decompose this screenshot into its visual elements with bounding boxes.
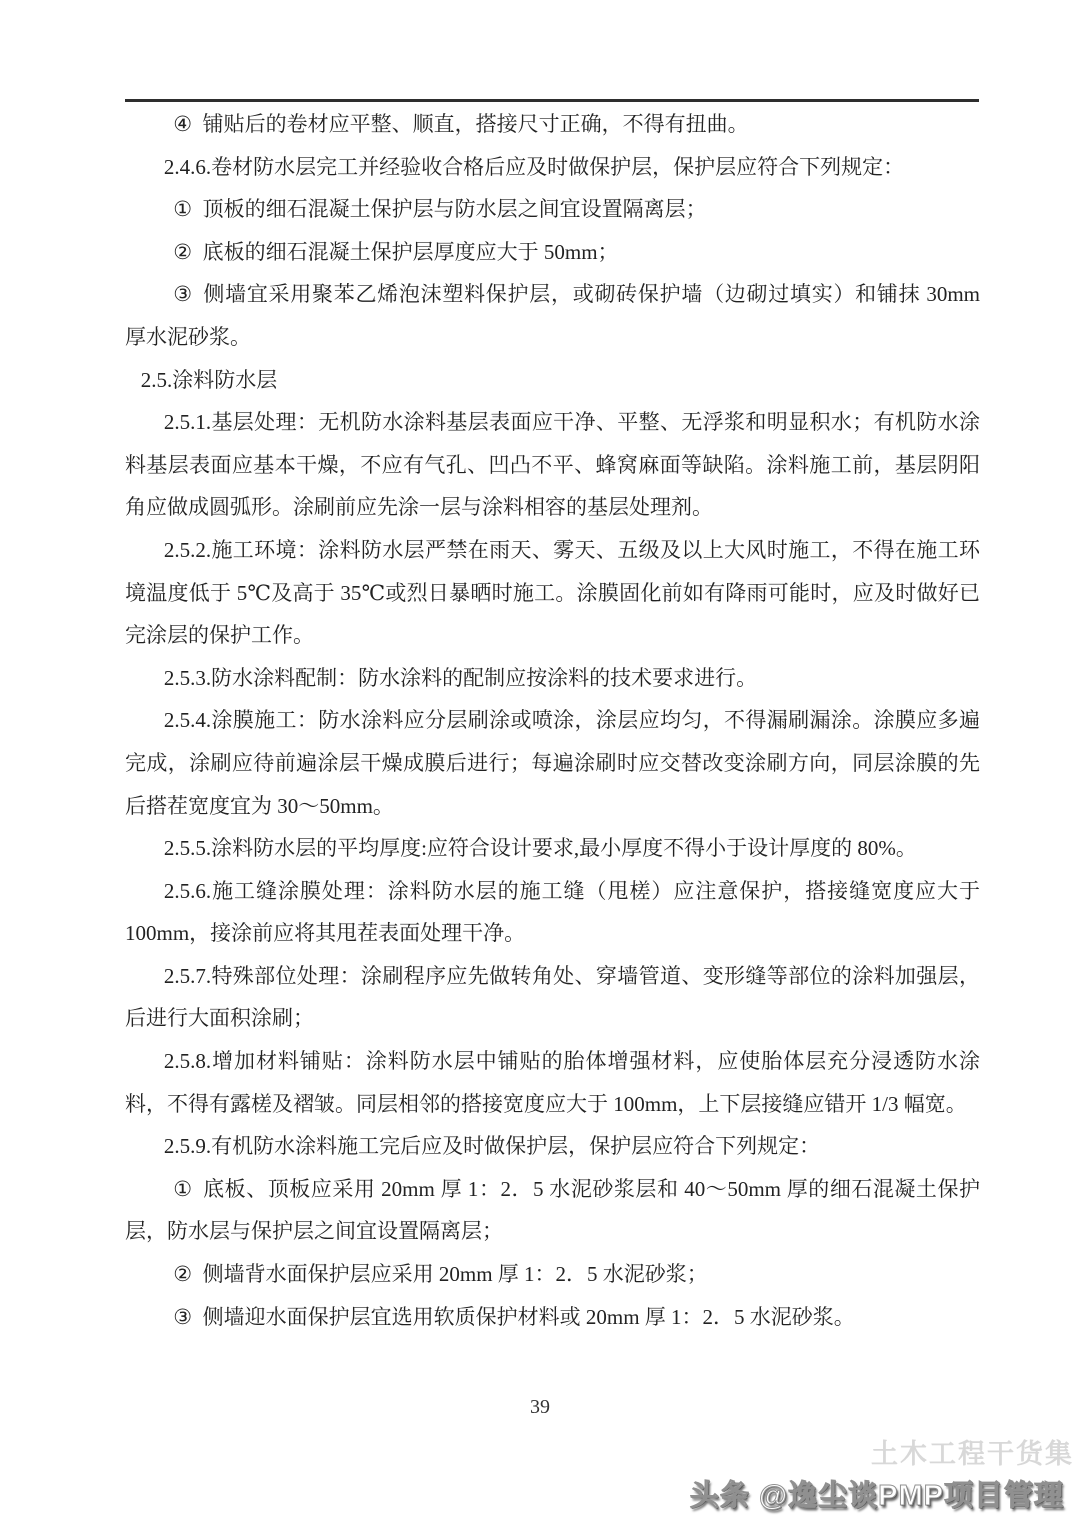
list-item-text: 侧墙宜采用聚苯乙烯泡沫塑料保护层，或砌砖保护墙（边砌过填实）和铺抹 30mm 厚… — [125, 282, 980, 349]
item-marker: ② — [173, 1262, 192, 1286]
section-heading: 2.5.涂料防水层 — [125, 359, 980, 402]
list-item: ③侧墙宜采用聚苯乙烯泡沫塑料保护层，或砌砖保护墙（边砌过填实）和铺抹 30mm … — [125, 273, 980, 358]
watermark: 头条 @逸尘谈PMP项目管理 — [690, 1473, 1064, 1514]
list-item-text: 侧墙背水面保护层应采用 20mm 厚 1：2．5 水泥砂浆； — [203, 1262, 708, 1286]
clause-paragraph: 2.4.6.卷材防水层完工并经验收合格后应及时做保护层，保护层应符合下列规定： — [125, 146, 980, 189]
top-rule — [125, 99, 979, 102]
clause-paragraph: 2.5.6.施工缝涂膜处理：涂料防水层的施工缝（甩槎）应注意保护，搭接缝宽度应大… — [125, 870, 980, 955]
clause-paragraph: 2.5.8.增加材料铺贴：涂料防水层中铺贴的胎体增强材料，应使胎体层充分浸透防水… — [125, 1040, 980, 1125]
item-marker: ① — [173, 1177, 192, 1201]
clause-paragraph: 2.5.5.涂料防水层的平均厚度:应符合设计要求,最小厚度不得小于设计厚度的 8… — [125, 827, 980, 870]
list-item: ②底板的细石混凝土保护层厚度应大于 50mm； — [125, 231, 980, 274]
item-marker: ④ — [173, 112, 192, 136]
list-item: ①底板、顶板应采用 20mm 厚 1：2．5 水泥砂浆层和 40～50mm 厚的… — [125, 1168, 980, 1253]
item-marker: ③ — [173, 282, 193, 306]
item-marker: ③ — [173, 1305, 192, 1329]
list-item: ④铺贴后的卷材应平整、顺直，搭接尺寸正确，不得有扭曲。 — [125, 103, 980, 146]
list-item-text: 顶板的细石混凝土保护层与防水层之间宜设置隔离层； — [203, 197, 707, 221]
clause-paragraph: 2.5.7.特殊部位处理：涂刷程序应先做转角处、穿墙管道、变形缝等部位的涂料加强… — [125, 955, 980, 1040]
clause-paragraph: 2.5.4.涂膜施工：防水涂料应分层刷涂或喷涂，涂层应均匀，不得漏刷漏涂。涂膜应… — [125, 699, 980, 827]
list-item: ③侧墙迎水面保护层宜选用软质保护材料或 20mm 厚 1：2．5 水泥砂浆。 — [125, 1296, 980, 1339]
list-item-text: 铺贴后的卷材应平整、顺直，搭接尺寸正确，不得有扭曲。 — [203, 112, 749, 136]
list-item-text: 底板的细石混凝土保护层厚度应大于 50mm； — [203, 240, 619, 264]
item-marker: ② — [173, 240, 192, 264]
clause-paragraph: 2.5.3.防水涂料配制：防水涂料的配制应按涂料的技术要求进行。 — [125, 657, 980, 700]
document-page: ④铺贴后的卷材应平整、顺直，搭接尺寸正确，不得有扭曲。 2.4.6.卷材防水层完… — [0, 0, 1080, 1527]
list-item: ①顶板的细石混凝土保护层与防水层之间宜设置隔离层； — [125, 188, 980, 231]
page-number: 39 — [0, 1396, 1080, 1419]
list-item-text: 侧墙迎水面保护层宜选用软质保护材料或 20mm 厚 1：2．5 水泥砂浆。 — [203, 1305, 855, 1329]
clause-paragraph: 2.5.2.施工环境：涂料防水层严禁在雨天、雾天、五级及以上大风时施工，不得在施… — [125, 529, 980, 657]
clause-paragraph: 2.5.9.有机防水涂料施工完后应及时做保护层，保护层应符合下列规定： — [125, 1125, 980, 1168]
document-body: ④铺贴后的卷材应平整、顺直，搭接尺寸正确，不得有扭曲。 2.4.6.卷材防水层完… — [125, 103, 980, 1338]
list-item-text: 底板、顶板应采用 20mm 厚 1：2．5 水泥砂浆层和 40～50mm 厚的细… — [125, 1177, 980, 1244]
list-item: ②侧墙背水面保护层应采用 20mm 厚 1：2．5 水泥砂浆； — [125, 1253, 980, 1296]
ghost-watermark: 土木工程干货集 — [871, 1432, 1074, 1471]
item-marker: ① — [173, 197, 192, 221]
clause-paragraph: 2.5.1.基层处理：无机防水涂料基层表面应干净、平整、无浮浆和明显积水；有机防… — [125, 401, 980, 529]
